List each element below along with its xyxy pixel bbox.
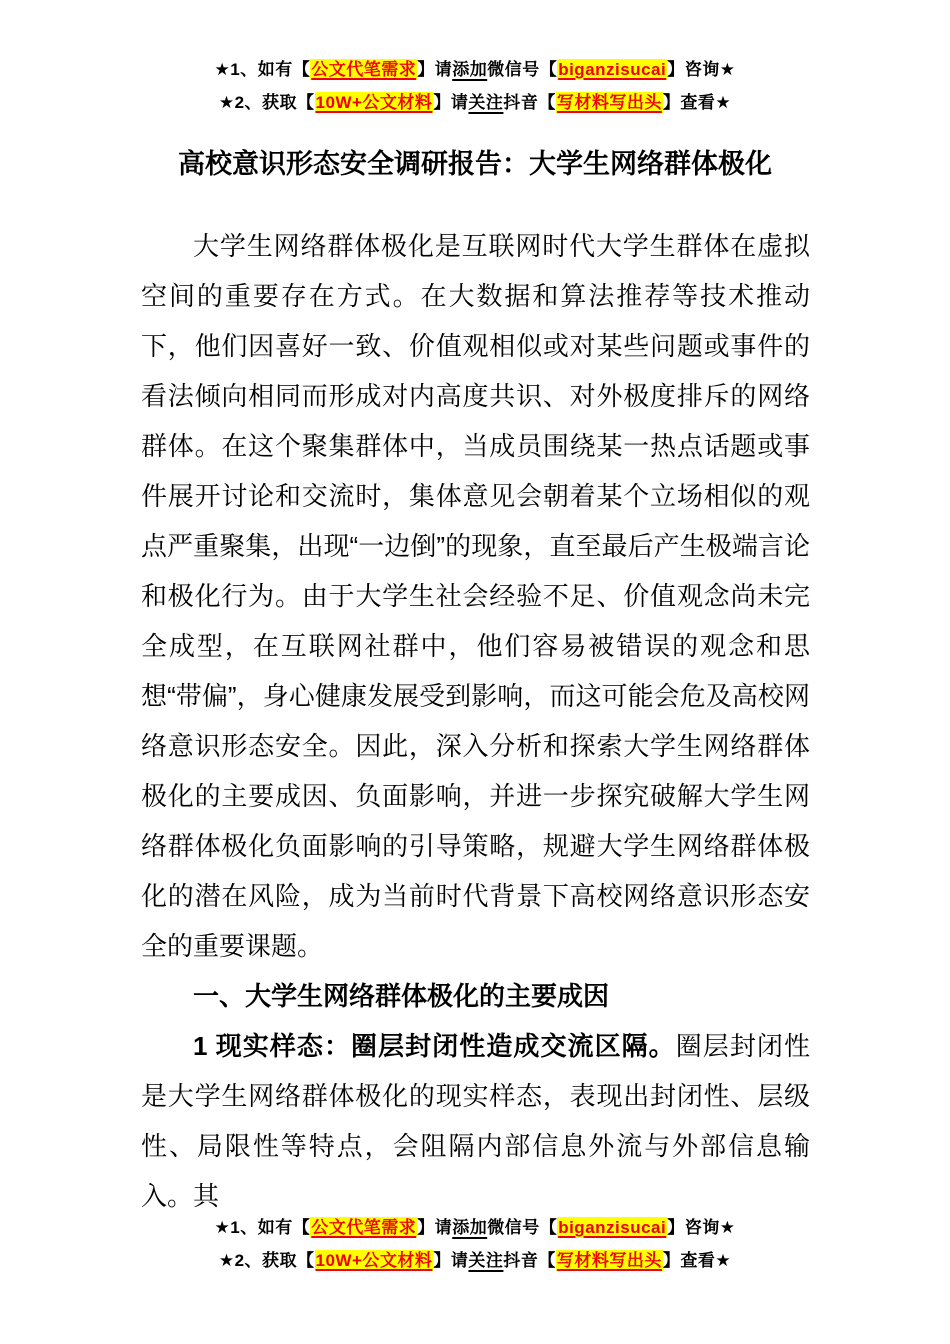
promo-text: 】咨询★ [667, 60, 735, 79]
underlined-promo-text: 添加 [452, 60, 487, 79]
promo-text: 微信号【 [487, 1218, 557, 1237]
promo-text: 】请 [433, 93, 468, 112]
underlined-promo-text: 关注 [468, 93, 503, 112]
document-body: 大学生网络群体极化是互联网时代大学生群体在虚拟空间的重要存在方式。在大数据和算法… [141, 221, 810, 1211]
promo-text: ★1、如有【 [215, 1218, 311, 1237]
highlighted-promo-text: 10W+公文材料 [315, 92, 434, 113]
bold-text-run: 1 现实样态：圈层封闭性造成交流区隔。 [193, 1031, 676, 1061]
promo-line-1: ★1、如有【公文代笔需求】请添加微信号【biganzisucai】咨询★ [0, 53, 950, 86]
paragraph: 大学生网络群体极化是互联网时代大学生群体在虚拟空间的重要存在方式。在大数据和算法… [141, 221, 810, 971]
underlined-promo-text: 关注 [468, 1251, 503, 1270]
document-title: 高校意识形态安全调研报告：大学生网络群体极化 [0, 141, 950, 187]
highlighted-promo-text: biganzisucai [557, 1217, 667, 1238]
promo-text: 抖音【 [503, 1251, 556, 1270]
promo-text: 】咨询★ [667, 1218, 735, 1237]
promo-text: 抖音【 [503, 93, 556, 112]
promo-text: 微信号【 [487, 60, 557, 79]
promo-text: 】请 [417, 1218, 452, 1237]
document-page: ★1、如有【公文代笔需求】请添加微信号【biganzisucai】咨询★★2、获… [0, 0, 950, 1344]
promo-line-2: ★2、获取【10W+公文材料】请关注抖音【写材料写出头】查看★ [0, 1244, 950, 1277]
highlighted-promo-text: 公文代笔需求 [310, 1217, 417, 1238]
paragraph: 1 现实样态：圈层封闭性造成交流区隔。圈层封闭性是大学生网络群体极化的现实样态，… [141, 1021, 810, 1211]
promo-text: 】请 [433, 1251, 468, 1270]
highlighted-promo-text: 写材料写出头 [556, 1250, 663, 1271]
promo-text: 】查看★ [663, 1251, 731, 1270]
highlighted-promo-text: 10W+公文材料 [315, 1250, 434, 1271]
section-heading: 一、大学生网络群体极化的主要成因 [141, 971, 810, 1021]
highlighted-promo-text: 公文代笔需求 [310, 59, 417, 80]
promo-text: 】请 [417, 60, 452, 79]
promo-text: ★2、获取【 [219, 1251, 315, 1270]
footer-promo-banner: ★1、如有【公文代笔需求】请添加微信号【biganzisucai】咨询★★2、获… [0, 1211, 950, 1277]
highlighted-promo-text: biganzisucai [557, 59, 667, 80]
promo-text: ★2、获取【 [219, 93, 315, 112]
promo-text: 】查看★ [663, 93, 731, 112]
text-run: 大学生网络群体极化是互联网时代大学生群体在虚拟空间的重要存在方式。在大数据和算法… [141, 231, 810, 961]
promo-text: ★1、如有【 [215, 60, 311, 79]
highlighted-promo-text: 写材料写出头 [556, 92, 663, 113]
bold-text-run: 一、大学生网络群体极化的主要成因 [193, 981, 609, 1011]
header-promo-banner: ★1、如有【公文代笔需求】请添加微信号【biganzisucai】咨询★★2、获… [0, 53, 950, 119]
promo-line-2: ★2、获取【10W+公文材料】请关注抖音【写材料写出头】查看★ [0, 86, 950, 119]
underlined-promo-text: 添加 [452, 1218, 487, 1237]
promo-line-1: ★1、如有【公文代笔需求】请添加微信号【biganzisucai】咨询★ [0, 1211, 950, 1244]
